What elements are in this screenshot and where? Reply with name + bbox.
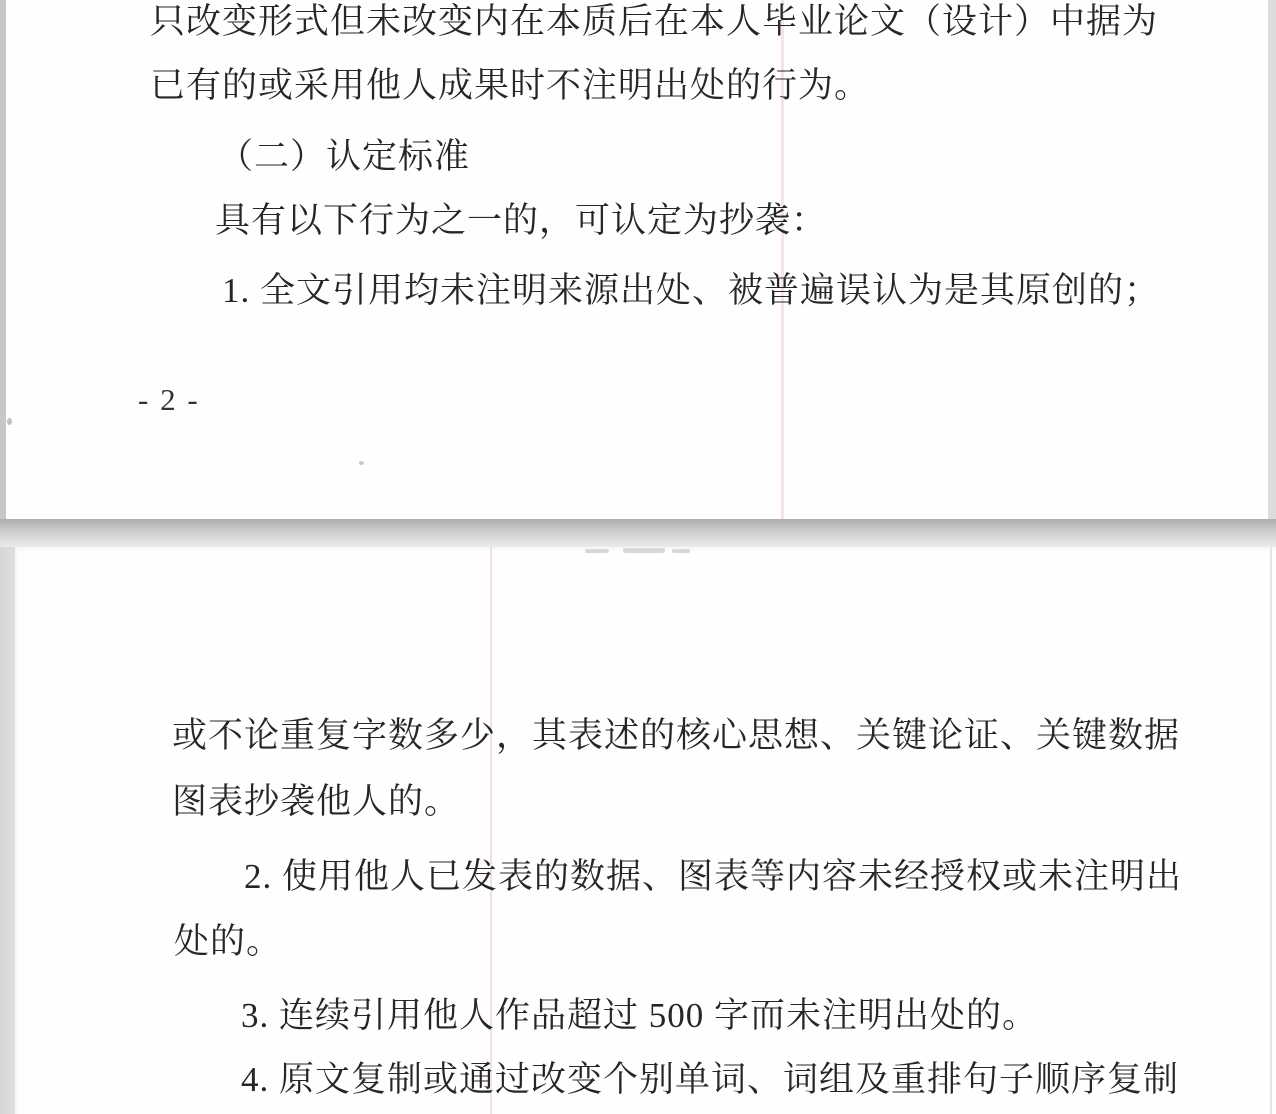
list-item-2: 2. 使用他人已发表的数据、图表等内容未经授权或未注明出 <box>244 857 1182 897</box>
scan-smudge <box>623 548 665 553</box>
scan-speck <box>359 461 364 465</box>
scan-edge-strip-right <box>1268 0 1276 519</box>
scan-smudge <box>585 549 609 553</box>
scan-edge-line-right <box>1270 547 1272 1114</box>
text-line: 只改变形式但未改变内在本质后在本人毕业论文（设计）中据为 <box>150 2 1158 42</box>
scan-smudge <box>672 549 690 553</box>
text-line: 或不论重复字数多少，其表述的核心思想、关键论证、关键数据 <box>172 716 1180 756</box>
list-item-4: 4. 原文复制或通过改变个别单词、词组及重排句子顺序复制 <box>241 1060 1179 1100</box>
text-line: 处的。 <box>174 922 282 962</box>
text-line: 图表抄袭他人的。 <box>172 782 460 822</box>
text-line: 已有的或采用他人成果时不注明出处的行为。 <box>150 66 870 106</box>
page-gap-shadow <box>0 519 1276 547</box>
list-item-1: 1. 全文引用均未注明来源出处、被普遍误认为是其原创的； <box>222 271 1160 311</box>
text-line: 具有以下行为之一的，可认定为抄袭： <box>215 201 827 241</box>
page-number: - 2 - <box>138 382 200 418</box>
section-heading: （二）认定标准 <box>218 137 470 177</box>
list-item-3: 3. 连续引用他人作品超过 500 字而未注明出处的。 <box>241 996 1038 1036</box>
scan-speck <box>7 418 12 425</box>
document-viewer: 只改变形式但未改变内在本质后在本人毕业论文（设计）中据为 已有的或采用他人成果时… <box>0 0 1276 1114</box>
scan-edge-strip-left <box>0 547 15 1114</box>
